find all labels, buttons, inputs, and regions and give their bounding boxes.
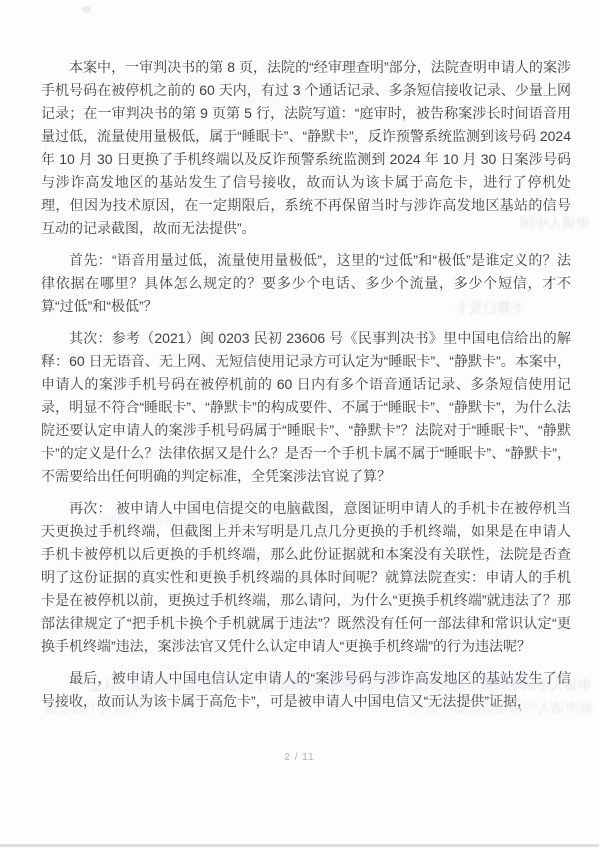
document-body: 本案中，一审判决书的第 8 页，法院的“经审理查明”部分，法院查明申请人的案涉手… [41, 56, 571, 722]
scanned-document-page: 停机保号 本案中，一审判决书的第 8 页，法院的“经审理查明”部分，法院查明申请… [0, 0, 599, 847]
paragraph-final-point: 最后，被申请人中国电信认定申请人的“案涉号码与涉诈高发地区的基站发生了信号接收，… [41, 667, 571, 713]
paragraph-second-point: 其次：参考（2021）闽 0203 民初 23606 号《民事判决书》里中国电信… [41, 327, 571, 488]
paragraph-findings: 本案中，一审判决书的第 8 页，法院的“经审理查明”部分，法院查明申请人的案涉手… [41, 56, 571, 240]
page-number: 2 / 11 [0, 752, 599, 763]
stray-ink-mark: ’ [519, 707, 521, 719]
paragraph-first-point: 首先：“语音用量过低，流量使用量极低”，这里的“过低”和“极低”是谁定义的？法律… [41, 249, 571, 318]
paragraph-third-point: 再次： 被申请人中国电信提交的电脑截图，意图证明申请人的手机卡在被停机当天更换过… [41, 497, 571, 658]
scan-smudge-artifact [82, 6, 91, 13]
